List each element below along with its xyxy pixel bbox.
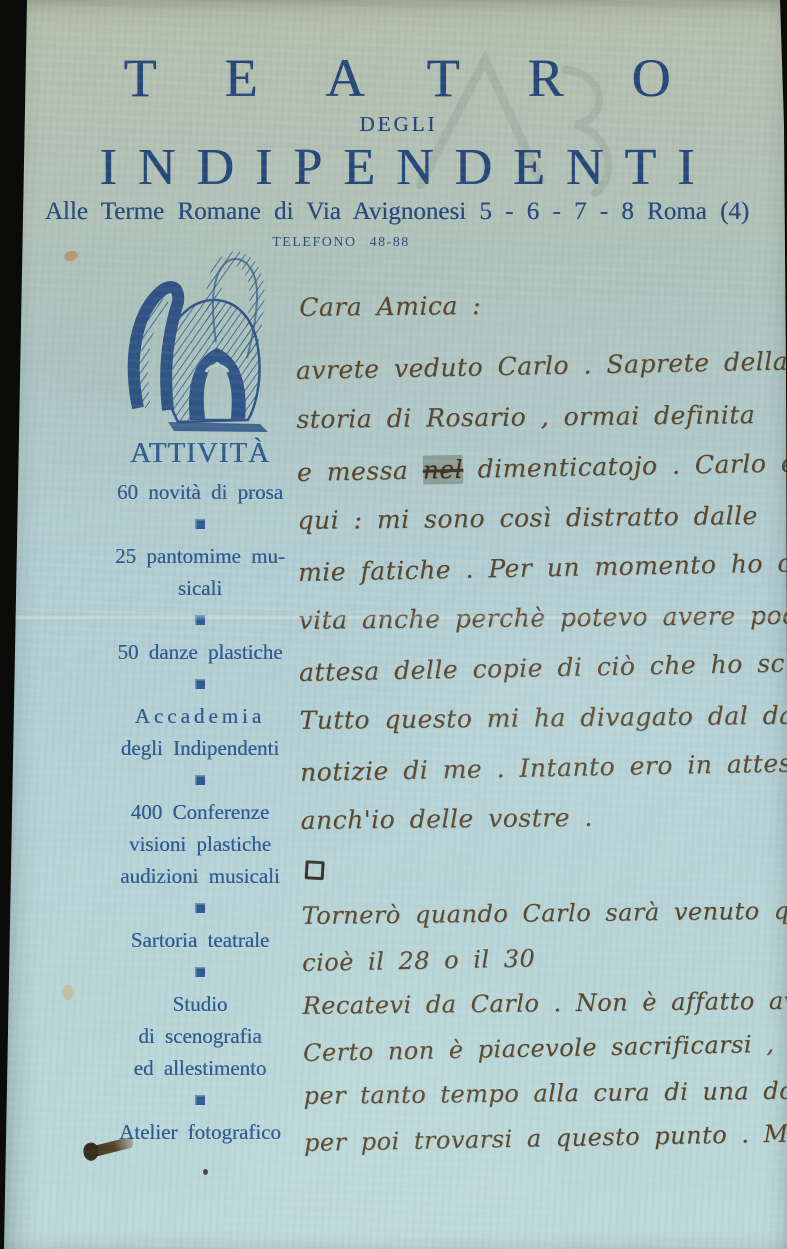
square-bullet-icon — [195, 967, 205, 977]
handwritten-line: per poi trovarsi a questo punto . Ma — [296, 1112, 787, 1166]
square-bullet-icon — [195, 1095, 205, 1105]
masthead-title-top: TEATRO — [27, 50, 787, 106]
struck-out-word: nel — [422, 455, 463, 485]
ink-dot — [203, 1169, 208, 1175]
handwritten-line: Recatevi da Carlo . Non è affatto avvili… — [294, 979, 787, 1029]
paper-stain — [63, 249, 80, 263]
sidebar-item-accademia: Accademia degli Indipendenti — [74, 700, 326, 764]
handwritten-line: cioè il 28 o il 30 — [294, 932, 787, 986]
masthead-phone: TELEFONO 48-88 — [27, 235, 655, 251]
handwritten-line: mie fatiche . Per un momento ho cambiato — [290, 539, 786, 598]
handwritten-letter: Cara Amica : avrete veduto Carlo . Sapre… — [287, 277, 787, 1164]
activities-sidebar: ATTIVITÀ 60 novità di prosa 25 pantomime… — [74, 437, 326, 1148]
theatre-arches-logo-icon — [116, 250, 284, 435]
handwritten-line: qui : mi sono così distratto dalle — [289, 491, 784, 546]
sidebar-item-conferenze: 400 Conferenze visioni plastiche audizio… — [74, 796, 326, 892]
fold-crease — [0, 614, 787, 621]
handwritten-line: Tutto questo mi ha divagato dal darvi — [291, 691, 786, 746]
handwritten-line: Cara Amica : — [287, 277, 783, 333]
handwritten-line: anch'io delle vostre . — [292, 791, 787, 846]
handwritten-line: notizie di me . Intanto ero in attesa — [292, 739, 787, 798]
handwritten-line: Tornerò quando Carlo sarà venuto qui — [293, 889, 787, 939]
handwritten-line-with-strikeout: e messa nel dimenticatojo . Carlo è venu… — [289, 438, 785, 498]
paper-stain — [62, 985, 74, 1000]
paragraph-marker-row — [293, 841, 787, 894]
masthead-title-bottom: INDIPENDENTI — [27, 141, 787, 196]
letter-document-sheet: TEATRO DEGLI INDIPENDENTI Alle Terme Rom… — [0, 0, 787, 1249]
square-bullet-icon — [195, 679, 205, 689]
handwritten-line: Certo non è piacevole sacrificarsi , — [295, 1022, 787, 1076]
open-square-mark-icon — [305, 860, 325, 880]
handwritten-line: per tanto tempo alla cura di una donna — [295, 1069, 787, 1119]
sidebar-item-sartoria: Sartoria teatrale — [74, 924, 326, 956]
sidebar-item-danze: 50 danze plastiche — [74, 636, 326, 668]
sidebar-item-studio: Studio di scenografia ed allestimento — [74, 988, 326, 1084]
masthead-title-mid: DEGLI — [27, 112, 770, 137]
square-bullet-icon — [195, 519, 205, 529]
square-bullet-icon — [195, 903, 205, 913]
letterhead: TEATRO DEGLI INDIPENDENTI Alle Terme Rom… — [27, 0, 767, 251]
handwritten-line: avrete veduto Carlo . Saprete della — [287, 336, 783, 396]
masthead-address: Alle Terme Romane di Via Avignonesi 5 - … — [27, 198, 767, 226]
sidebar-item-pantomime: 25 pantomime mu- sicali — [74, 540, 326, 604]
square-bullet-icon — [195, 775, 205, 785]
handwritten-line: storia di Rosario , ormai definita — [288, 389, 784, 445]
handwritten-line: attesa delle copie di ciò che ho scritto… — [291, 639, 787, 698]
